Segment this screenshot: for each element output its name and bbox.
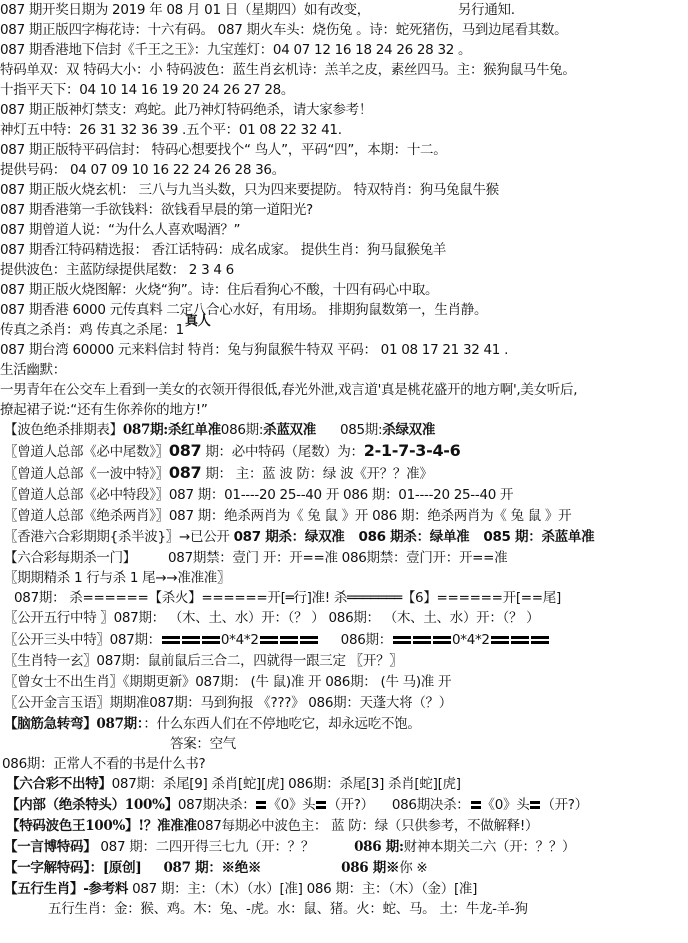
humor-text-2: 撩起裙子说:“还有生你养你的地方!” bbox=[0, 400, 208, 420]
one-wave-special: 〖曾道人总部《一波中特》〗087 期： 主：蓝 波 防：绿 波《开？？准》 bbox=[4, 463, 433, 483]
redacted-bar bbox=[393, 636, 411, 644]
kill-one-gate: 【六合彩每期杀一门】087期禁：壹门 开：开==准 086期禁：壹门开：开==准 bbox=[4, 548, 507, 568]
kill-special-head: 【内部（绝杀特头）100%】087期决杀：《0》头（开?）086期决杀：《0》头… bbox=[6, 795, 588, 815]
ms-zeng-zodiac: 〖曾女士不出生肖〗《期期更新》087期： (牛 鼠)准 开 086期： (牛 马… bbox=[4, 672, 451, 692]
no-special: 【六合彩不出特】087期：杀尾[9] 杀肖[蛇][虎] 086期：杀尾[3] 杀… bbox=[6, 774, 461, 794]
section-title: 【五行生肖】-参考料 bbox=[4, 881, 128, 897]
wave-color-line: 提供波色：主蓝防绿提供尾数： 2 3 4 6 bbox=[0, 260, 234, 280]
must-hit-tail: 〖曾道人总部《必中尾数》〗087 期：必中特码（尾数）为：2-1-7-3-4-6 bbox=[4, 441, 460, 461]
fax-kill-line: 传真之杀肖：鸡 传真之杀尾：1 bbox=[0, 320, 184, 340]
plum-poem-line: 087 期正版四字梅花诗：十六有码。 087 期火车头：烧伤兔 。诗：蛇死猪伤，… bbox=[0, 20, 567, 40]
section-title: 【六合彩不出特】 bbox=[6, 776, 112, 792]
redacted-bar bbox=[260, 636, 278, 644]
redacted-bar bbox=[471, 801, 481, 809]
redacted-bar bbox=[413, 636, 431, 644]
kill-row-tail-heading: 〖期期精杀 1 行与杀 1 尾→→准准准〗 bbox=[4, 568, 230, 588]
lamp-ban-line: 087 期正版神灯禁支：鸡蛇。此乃神灯特码绝杀，请大家参考！ bbox=[0, 100, 372, 120]
section-title: 〖香港六合彩期期{杀半波}〗→已公开 bbox=[4, 529, 230, 545]
section-title: 【脑筋急转弯】 bbox=[4, 716, 96, 732]
section-title: 〖曾道人总部《必中特段》〗 bbox=[4, 487, 169, 503]
redacted-bar bbox=[491, 636, 509, 644]
fax-6000-line: 087 期香港 6000 元传真料 二定八合心水好，有用场。 排期狗鼠数第一，生… bbox=[0, 300, 487, 320]
hk-envelope-line: 087 期香港地下信封《千王之王》：九宝莲灯：04 07 12 16 18 24… bbox=[0, 40, 471, 60]
section-title: 【波色绝杀排期表】 bbox=[4, 422, 123, 438]
kill-fire-line: 087期： 杀======【杀火】======开[═行]准! 杀═══════【… bbox=[14, 588, 561, 608]
redacted-bar bbox=[300, 636, 318, 644]
zhenren-overlay: 真人 bbox=[185, 310, 210, 329]
redacted-bar bbox=[256, 801, 266, 809]
redacted-bar bbox=[182, 636, 200, 644]
zeng-says-line: 087 期曾道人说：“为什么人喜欢喝酒？” bbox=[0, 220, 240, 240]
special-code-line: 特码单双：双 特码大小：小 特码波色：蓝生肖玄机诗：羔羊之皮，素丝四马。主：猴狗… bbox=[0, 60, 576, 80]
provided-numbers-line: 提供号码： 04 07 09 10 16 22 24 26 28 36。 bbox=[0, 160, 285, 180]
redacted-bar bbox=[280, 636, 298, 644]
section-title: 【一言博特码】 bbox=[4, 839, 96, 855]
wave-kill-schedule: 【波色绝杀排期表】087期:杀红单准086期:杀蓝双准085期:杀绿双准 bbox=[4, 420, 435, 440]
section-title: 〖曾道人总部《绝杀两肖》〗 bbox=[4, 508, 169, 524]
redacted-bar bbox=[202, 636, 220, 644]
redacted-bar bbox=[162, 636, 180, 644]
teaser-086: 086期：正常人不看的书是什么书? bbox=[2, 754, 205, 774]
tail-value: 2-1-7-3-4-6 bbox=[364, 441, 461, 460]
section-title: 〖公开金言玉语〗 bbox=[4, 695, 110, 711]
one-word-bet: 【一言博特码】 087 期：二四开得三七九（开：？？086 期:财神本期关二六（… bbox=[4, 837, 575, 857]
humor-text-1: 一男青年在公交车上看到一美女的衣领开得很低,春光外泄,戏言道'真是桃花盛开的地方… bbox=[0, 380, 577, 400]
notice-text: 另行通知. bbox=[458, 2, 515, 18]
section-title: 【六合彩每期杀一门】 bbox=[4, 550, 136, 566]
draw-date-line: 087 期开奖日期为 2019 年 08 月 01 日（星期四）如有改变，另行通… bbox=[0, 0, 515, 20]
five-element-zodiac: 【五行生肖】-参考料 087 期：主：（木）（水）[准] 086 期：主：（木）… bbox=[4, 879, 477, 899]
section-title: 【一字解特码】：[原创] bbox=[4, 860, 141, 876]
fire-mystery-line: 087 期正版火烧玄机： 三八与九当头数，只为四来要提防。 特双特肖：狗马兔鼠牛… bbox=[0, 180, 499, 200]
hk-first-hand-line: 087 期香港第一手欲钱料：欲钱看早晨的第一道阳光? bbox=[0, 200, 313, 220]
section-title: 〖生肖特一玄〗 bbox=[4, 653, 96, 669]
xiangjiang-line: 087 期香江特码精选报： 香江话特码：成名成家。 提供生肖：狗马鼠猴兔羊 bbox=[0, 240, 446, 260]
fire-diagram-line: 087 期正版火烧图解：火烧“狗”。诗：住后看狗心不酸，十四有码心中取。 bbox=[0, 280, 438, 300]
ten-fingers-line: 十指平天下：04 10 14 16 19 20 24 26 27 28。 bbox=[0, 80, 294, 100]
flat-code-envelope-line: 087 期正版特平码信封： 特码心想要找个“ 鸟人”，平码“四”，本期：十二。 bbox=[0, 140, 446, 160]
five-element-list: 五行生肖：金：猴、鸡。木：兔、-虎。水：鼠、猪。火：蛇、马。 土：牛龙-羊-狗 bbox=[48, 899, 528, 919]
section-title: 【特码波色王100%】! bbox=[6, 818, 144, 834]
three-heads-special: 〖公开三头中特〗087期：0*4*2086期：0*4*2 bbox=[4, 630, 550, 650]
draw-date-text: 087 期开奖日期为 2019 年 08 月 01 日（星期四）如有改变， bbox=[0, 2, 370, 18]
golden-words: 〖公开金言玉语〗期期准087期：马到狗报 《???》 086期：天蓬大将（？） bbox=[4, 693, 452, 713]
redacted-bar bbox=[531, 636, 549, 644]
kill-two-zodiacs: 〖曾道人总部《绝杀两肖》〗087 期：绝杀两肖为《 兔 鼠 》开 086 期：绝… bbox=[4, 506, 571, 526]
zodiac-mystery: 〖生肖特一玄〗087期：鼠前鼠后三合二，四就得一跟三定 〖开？〗 bbox=[4, 651, 402, 671]
redacted-bar bbox=[511, 636, 529, 644]
redacted-bar bbox=[530, 801, 540, 809]
redacted-bar bbox=[433, 636, 451, 644]
section-title: 【内部（绝杀特头）100%】 bbox=[6, 797, 178, 813]
five-elements-special: 〖公开五行中特 〗087期： （木、土、水）开：（？ ） 086期： （木、土、… bbox=[4, 608, 539, 628]
wave-color-king: 【特码波色王100%】!？准准准087每期必中波色主： 蓝 防：绿（只供参考，不… bbox=[6, 816, 538, 836]
section-title: 〖公开五行中特 〗 bbox=[4, 610, 114, 626]
section-title: 〖公开三头中特〗 bbox=[4, 632, 110, 648]
teaser-answer: 答案：空气 bbox=[170, 734, 236, 754]
one-char-decode: 【一字解特码】：[原创]087 期：※绝※086 期※你 ※ bbox=[4, 858, 427, 878]
humor-heading: 生活幽默： bbox=[0, 360, 66, 380]
must-hit-range: 〖曾道人总部《必中特段》〗087 期：01----20 25--40 开 086… bbox=[4, 485, 513, 505]
section-title: 〖曾女士不出生肖〗《期期更新》 bbox=[4, 674, 195, 690]
taiwan-envelope-line: 087 期台湾 60000 元来料信封 特肖：兔与狗鼠猴牛特双 平码： 01 0… bbox=[0, 340, 508, 360]
kill-half-wave: 〖香港六合彩期期{杀半波}〗→已公开 087 期杀：绿双准086 期杀：绿单准0… bbox=[4, 527, 594, 547]
redacted-bar bbox=[316, 801, 326, 809]
section-title: 〖曾道人总部《必中尾数》〗 bbox=[4, 444, 169, 460]
lamp-five-line: 神灯五中特：26 31 32 36 39 .五个平：01 08 22 32 41… bbox=[0, 120, 342, 140]
section-title: 〖曾道人总部《一波中特》〗 bbox=[4, 466, 169, 482]
brain-teaser: 【脑筋急转弯】087期：：什么东西人们在不停地吃它，却永远吃不饱。 bbox=[4, 714, 421, 734]
